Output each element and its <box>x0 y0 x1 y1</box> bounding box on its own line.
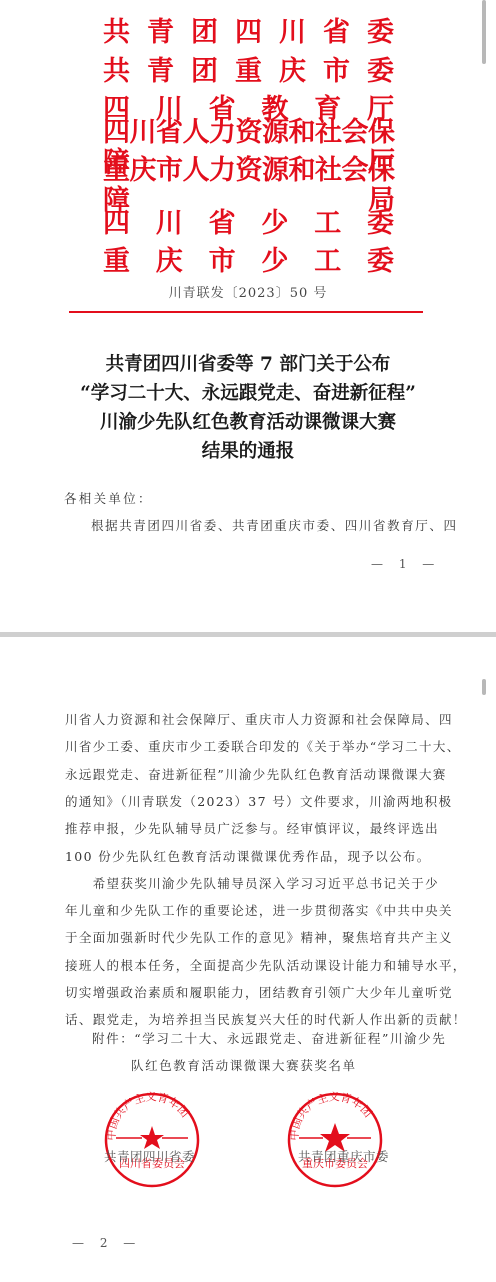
org-text: 省 <box>209 209 236 239</box>
org-text: 团 <box>191 18 218 48</box>
red-header-rule <box>69 311 423 313</box>
org-text: 省 <box>323 18 350 48</box>
svg-text:中国共产主义青年团: 中国共产主义青年团 <box>104 1090 192 1141</box>
body-line: 的通知》（川青联发（2023）37 号）文件要求，川渝两地积极 <box>65 787 452 817</box>
attachment-line-2: 队红色教育活动课微课大赛获奖名单 <box>131 1051 357 1081</box>
org-text: 四 <box>103 209 130 239</box>
org-text: 少 <box>261 209 288 239</box>
org-text: 青 <box>147 18 174 48</box>
org-text: 四 <box>235 18 262 48</box>
attachment-line-1: 附件：“学习二十大、永远跟党走、奋进新征程”川渝少先 <box>92 1024 446 1054</box>
org-text: 委 <box>367 209 394 239</box>
org-text: 共 <box>103 57 130 87</box>
org-text: 市 <box>209 247 236 277</box>
title-line-1: 共青团四川省委等 7 部门关于公布 <box>0 350 496 379</box>
body-line: 切实增强政治素质和履职能力，团结教育引领广大少年儿童听党 <box>65 978 453 1008</box>
body-line: 川省人力资源和社会保障厅、重庆市人力资源和社会保障局、四 <box>65 705 453 735</box>
scrollbar-thumb-page-2[interactable] <box>482 679 486 695</box>
org-line: 重庆市人力资源和社会保障局 <box>103 171 394 201</box>
org-text: 委 <box>367 57 394 87</box>
org-text: 共 <box>103 18 130 48</box>
title-line-3: 川渝少先队红色教育活动课微课大赛 <box>0 408 496 437</box>
org-text: 委 <box>367 247 394 277</box>
body-line: 希望获奖川渝少先队辅导员深入学习习近平总书记关于少 <box>65 869 439 899</box>
body-line: 年儿童和少先队工作的重要论述，进一步贯彻落实《中共中央关 <box>65 896 453 926</box>
org-text: 庆 <box>279 57 306 87</box>
page-number-1: — 1 — <box>371 557 440 571</box>
title-line-4: 结果的通报 <box>0 437 496 466</box>
org-line: 共青团四川省委 <box>103 18 394 48</box>
salutation: 各相关单位： <box>64 484 153 514</box>
seal-chongqing-icon: 中国共产主义青年团 重庆市委员会 <box>285 1090 385 1190</box>
svg-text:中国共产主义青年团: 中国共产主义青年团 <box>287 1090 375 1141</box>
page-number-2: — 2 — <box>72 1236 141 1250</box>
body-line: 推荐申报，少先队辅导员广泛参与。经审慎评议，最终评选出 <box>65 814 439 844</box>
org-text: 重 <box>235 57 262 87</box>
signature-sichuan: 共青团四川省委 <box>104 1147 195 1165</box>
org-text: 少 <box>261 247 288 277</box>
org-text: 庆 <box>156 247 183 277</box>
body-line: 100 份少先队红色教育活动课微课优秀作品，现予以公布。 <box>65 842 431 872</box>
document-page-2: 川省人力资源和社会保障厅、重庆市人力资源和社会保障局、四川省少工委、重庆市少工委… <box>0 637 496 1282</box>
org-line: 重庆市少工委 <box>103 247 394 277</box>
org-line: 四川省少工委 <box>103 209 394 239</box>
scrollbar-thumb[interactable] <box>482 0 486 64</box>
body-line: 接班人的根本任务，全面提高少先队活动课设计能力和辅导水平， <box>65 951 467 981</box>
org-text: 川 <box>156 209 183 239</box>
org-text: 重 <box>103 247 130 277</box>
signature-chongqing: 共青团重庆市委 <box>298 1147 389 1165</box>
org-text: 团 <box>191 57 218 87</box>
seal-sichuan-icon: 中国共产主义青年团 四川省委员会 <box>102 1090 202 1190</box>
body-line: 于全面加强新时代少先队工作的意见》精神，聚焦培育共产主义 <box>65 923 453 953</box>
body-line: 永远跟党走、奋进新征程”川渝少先队红色教育活动课微课大赛 <box>65 760 447 790</box>
org-text: 委 <box>367 18 394 48</box>
org-text: 重庆市人力资源和社会保障局 <box>103 156 394 216</box>
paragraph-line: 根据共青团四川省委、共青团重庆市委、四川省教育厅、四 <box>91 511 458 541</box>
org-line: 共青团重庆市委 <box>103 57 394 87</box>
org-text: 工 <box>314 247 341 277</box>
org-text: 工 <box>314 209 341 239</box>
body-line: 川省少工委、重庆市少工委联合印发的《关于举办“学习二十大、 <box>65 732 461 762</box>
document-page-1: 共青团四川省委共青团重庆市委四川省教育厅四川省人力资源和社会保障厅重庆市人力资源… <box>0 0 496 632</box>
org-text: 青 <box>147 57 174 87</box>
org-text: 市 <box>323 57 350 87</box>
org-text: 川 <box>279 18 306 48</box>
document-number: 川青联发〔2023〕50 号 <box>0 282 496 301</box>
title-line-2: “学习二十大、永远跟党走、奋进新征程” <box>0 379 496 408</box>
